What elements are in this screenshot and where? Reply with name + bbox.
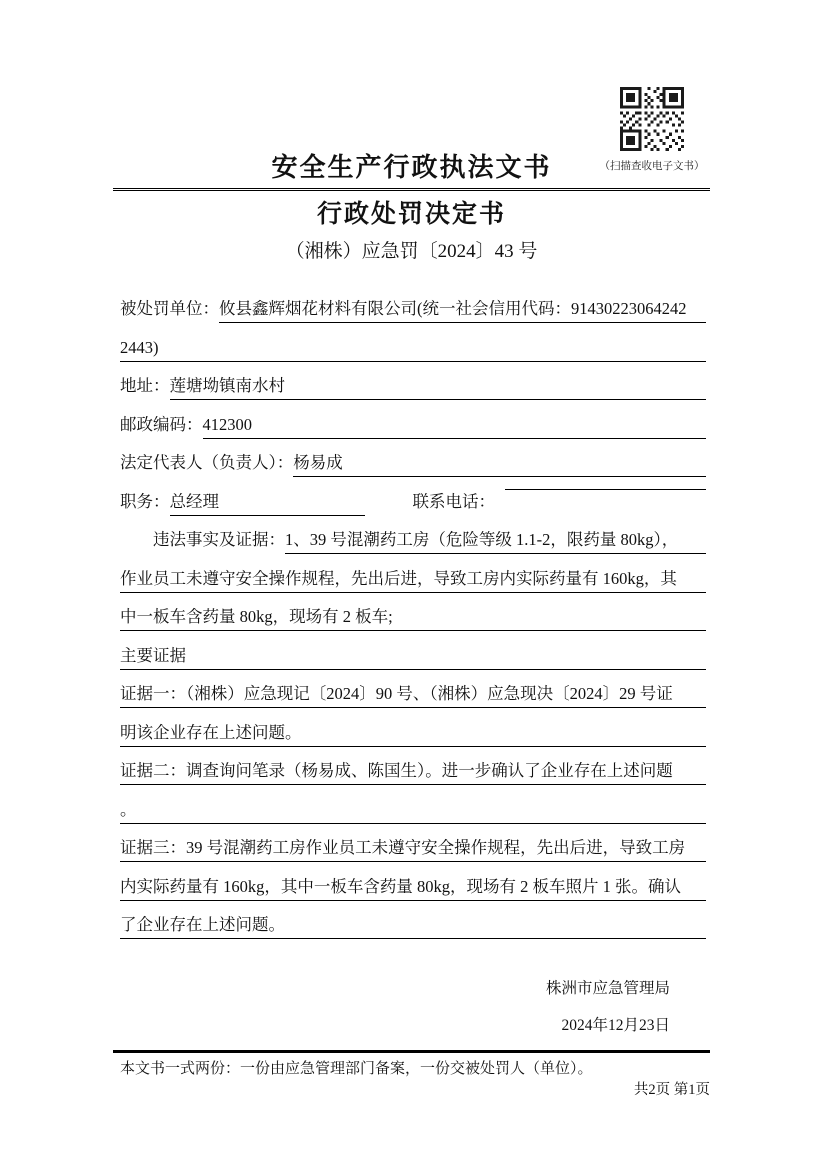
evidence2-line1: 证据二：调查询问笔录（杨易成、陈国生）。进一步确认了企业存在上述问题: [120, 758, 706, 785]
postcode-value: 412300: [203, 412, 707, 439]
facts-row-2: 作业员工未遵守安全操作规程，先出后进，导致工房内实际药量有 160kg，其: [120, 566, 706, 605]
evidence3-row-1: 证据三：39 号混潮药工房作业员工未遵守安全操作规程，先出后进，导致工房: [120, 835, 706, 874]
facts-line1: 1、39 号混潮药工房（危险等级 1.1-2，限药量 80kg），: [285, 527, 706, 554]
field-row-postcode: 邮政编码： 412300: [120, 412, 706, 451]
evidence1-row-1: 证据一：（湘株）应急现记〔2024〕90 号、（湘株）应急现决〔2024〕29 …: [120, 681, 706, 720]
evidence3-line1: 证据三：39 号混潮药工房作业员工未遵守安全操作规程，先出后进，导致工房: [120, 835, 706, 862]
signature-block: 株洲市应急管理局 2024年12月23日: [400, 970, 710, 1044]
evidence2-row-1: 证据二：调查询问笔录（杨易成、陈国生）。进一步确认了企业存在上述问题: [120, 758, 706, 797]
evidence3-line2: 内实际药量有 160kg，其中一板车含药量 80kg，现场有 2 板车照片 1 …: [120, 874, 706, 901]
evidence2-line2: 。: [120, 797, 706, 824]
issuing-authority: 株洲市应急管理局: [400, 970, 670, 1007]
unit-value-line2: 2443): [120, 335, 706, 362]
evidence1-line1: 证据一：（湘株）应急现记〔2024〕90 号、（湘株）应急现决〔2024〕29 …: [120, 681, 706, 708]
position-value: 总经理: [170, 489, 365, 516]
footer-rule: [113, 1050, 710, 1053]
header-double-rule: [113, 188, 710, 191]
address-label: 地址：: [120, 373, 170, 399]
postcode-label: 邮政编码：: [120, 412, 203, 438]
evidence2-row-2: 。: [120, 797, 706, 836]
main-evidence-heading: 主要证据: [120, 643, 706, 670]
phone-label: 联系电话：: [413, 489, 496, 515]
phone-value: [505, 489, 706, 490]
qr-code-icon: [620, 87, 684, 151]
facts-label: 违法事实及证据：: [120, 527, 285, 553]
doc-number: （湘株）应急罚〔2024〕43 号: [113, 238, 710, 266]
legal-rep-value: 杨易成: [293, 450, 706, 477]
field-row-unit: 被处罚单位： 攸县鑫辉烟花材料有限公司(统一社会信用代码：91430223064…: [120, 296, 706, 335]
legal-rep-label: 法定代表人（负责人）：: [120, 450, 293, 476]
facts-row-3: 中一板车含药量 80kg，现场有 2 板车;: [120, 604, 706, 643]
evidence1-row-2: 明该企业存在上述问题。: [120, 720, 706, 759]
evidence3-line3: 了企业存在上述问题。: [120, 912, 706, 939]
footer-note: 本文书一式两份：一份由应急管理部门备案，一份交被处罚人（单位）。: [120, 1058, 710, 1080]
doc-title: 行政处罚决定书: [113, 197, 710, 233]
main-evidence-heading-row: 主要证据: [120, 643, 706, 682]
field-row-address: 地址： 莲塘坳镇南水村: [120, 373, 706, 412]
doc-category-title: 安全生产行政执法文书: [113, 151, 710, 185]
field-row-unit-cont: 2443): [120, 335, 706, 374]
evidence3-row-2: 内实际药量有 160kg，其中一板车含药量 80kg，现场有 2 板车照片 1 …: [120, 874, 706, 913]
facts-row-1: 违法事实及证据： 1、39 号混潮药工房（危险等级 1.1-2，限药量 80kg…: [120, 527, 706, 566]
facts-line3: 中一板车含药量 80kg，现场有 2 板车;: [120, 604, 706, 631]
unit-value-line1: 攸县鑫辉烟花材料有限公司(统一社会信用代码：91430223064242: [219, 296, 706, 323]
document-body: 被处罚单位： 攸县鑫辉烟花材料有限公司(统一社会信用代码：91430223064…: [120, 296, 706, 951]
position-label: 职务：: [120, 489, 170, 515]
document-page: （扫描查收电子文书） 安全生产行政执法文书 行政处罚决定书 （湘株）应急罚〔20…: [0, 0, 822, 1165]
evidence1-line2: 明该企业存在上述问题。: [120, 720, 706, 747]
field-row-position-phone: 职务： 总经理 联系电话：: [120, 489, 706, 528]
unit-label: 被处罚单位：: [120, 296, 219, 322]
evidence3-row-3: 了企业存在上述问题。: [120, 912, 706, 951]
field-row-legal-rep: 法定代表人（负责人）： 杨易成: [120, 450, 706, 489]
issue-date: 2024年12月23日: [400, 1007, 670, 1044]
page-indicator: 共2页 第1页: [400, 1078, 710, 1099]
address-value: 莲塘坳镇南水村: [170, 373, 707, 400]
facts-line2: 作业员工未遵守安全操作规程，先出后进，导致工房内实际药量有 160kg，其: [120, 566, 706, 593]
